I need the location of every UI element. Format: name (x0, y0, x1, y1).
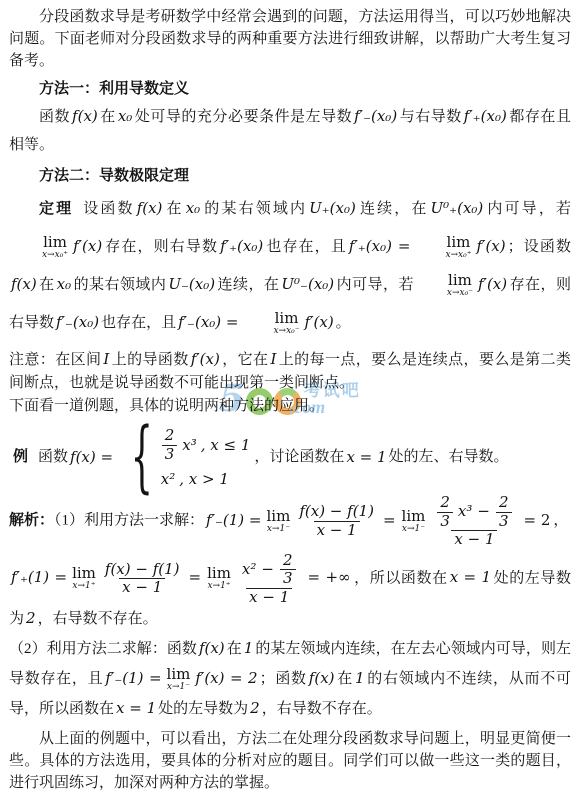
lim-subscript: x→1⁻ (167, 683, 190, 692)
math-f-prime-equals-2: f′(x) = 2 (195, 669, 257, 687)
note-paragraph: 注意：在区间I上的导函数f′(x)，它在I上的每一点，要么是连续点，要么是第二类… (9, 348, 571, 395)
math-1: 1 (244, 639, 254, 657)
equals-sign: = (189, 568, 202, 586)
text: 在 (227, 641, 242, 657)
case-condition-1: , x ≤ 1 (201, 438, 251, 453)
text: 函数 (38, 450, 68, 465)
math-right-derivative: f′₊(x₀) (220, 237, 263, 255)
math-x0: x₀ (57, 275, 71, 293)
denominator: x − 1 (314, 521, 360, 539)
theorem-label: 定理 (39, 201, 73, 217)
fraction-two-thirds: 23 (437, 494, 453, 530)
text: 内可导，若 (336, 277, 414, 293)
cases-rows: 23 x³ , x ≤ 1 x² , x > 1 (159, 427, 253, 487)
text: 注意：在区间 (9, 352, 101, 368)
text: 在 (100, 109, 116, 125)
math-interval-I: I (103, 350, 109, 368)
math-1: 1 (355, 669, 365, 687)
math-f-of-x: f(x) (309, 669, 335, 687)
lim-subscript: x→x₀⁻ (417, 289, 473, 298)
difference-quotient-fraction: f(x) − f(1)x − 1 (296, 503, 377, 539)
math-f-of-x: f(x) (72, 107, 98, 125)
math-left-derivative-equals: f′₋(x₀) = (178, 313, 238, 331)
text: （1）利用方法一求解： (54, 513, 204, 529)
text: 设函数 (83, 201, 134, 217)
text: 在 (164, 201, 183, 217)
text: 连续，在 (358, 201, 429, 217)
solution-paragraph-1: 解析：（1）利用方法一求解：f′₋(1) =limx→1⁻f(x) − f(1)… (9, 494, 571, 548)
lim-word: lim (245, 311, 299, 326)
text: 连续，在 (217, 277, 279, 293)
numerator: 2 (437, 494, 453, 511)
numerator: 2 (280, 552, 296, 569)
method1-heading: 方法一：利用导数定义 (39, 79, 571, 99)
math-x-equals-1: x = 1 (116, 699, 156, 717)
conclusion-paragraph: 从上面的例题中，可以看出，方法二在处理分段函数求导问题上，明显更简便一些。具体的… (9, 728, 571, 794)
math-f-of-x-equals: f(x) = (70, 450, 113, 465)
math-2: 2 (26, 609, 36, 627)
fraction-two-thirds: 23 (280, 552, 296, 588)
math-right-derivative: f′₊(x₀) (464, 107, 507, 125)
math-left-derivative-at-1-equals: f′₋(1) = (105, 669, 161, 687)
text: ；函数 (260, 671, 307, 687)
text: 存在，则右导数 (104, 239, 218, 255)
text: 也存在，且 (101, 315, 176, 331)
numerator: x²−23 (237, 552, 302, 588)
math-punctured-left-neighborhood: U⁰₋(x₀) (281, 275, 334, 293)
lim-subscript: x→x₀⁺ (415, 251, 471, 260)
limit-block: limx→x₀⁻ (417, 273, 473, 298)
lim-word: lim (207, 566, 231, 581)
math-right-derivative-equals: f′₊(x₀) = (349, 237, 411, 255)
text: 。 (336, 315, 351, 331)
math-f-of-x: f(x) (137, 199, 163, 217)
solution-paragraph-3: （2）利用方法二求解：函数f(x)在1的某左领域内连续，在左去心领域内可导，则左… (9, 634, 571, 724)
text: 在 (39, 277, 55, 293)
theorem-paragraph: 定理设函数f(x)在x₀的某右领域内U₊(x₀)连续，在U⁰₊(x₀)内可导，若… (9, 190, 571, 342)
numerator: f(x) − f(1) (296, 503, 377, 520)
method1-statement: 函数f(x)在x₀处可导的充分必要条件是左导数f′₋(x₀)与右导数f′₊(x₀… (9, 102, 571, 159)
lim-word: lim (13, 235, 67, 250)
intro-text: 分段函数求导是考研数学中经常会遇到的问题，方法运用得当，可以巧妙地解决问题。下面… (9, 9, 571, 69)
text: ， (553, 513, 568, 529)
lim-subscript: x→1⁺ (72, 582, 95, 591)
limit-block: limx→1⁻ (402, 509, 426, 534)
denominator: x − 1 (119, 578, 165, 596)
lim-subscript: x→1⁻ (402, 525, 425, 534)
numerator: 2 (496, 494, 512, 511)
math-f-of-x: f(x) (11, 275, 37, 293)
text: 的某右领域内 (202, 201, 307, 217)
evaluated-fraction: x²−23x − 1 (237, 552, 302, 606)
math-x0: x₀ (118, 107, 132, 125)
math-f-of-x: f(x) (199, 639, 225, 657)
limit-block: limx→x₀⁺ (415, 235, 471, 260)
document-body: 分段函数求导是考研数学中经常会遇到的问题，方法运用得当，可以巧妙地解决问题。下面… (0, 0, 580, 794)
lim-word: lim (417, 235, 471, 250)
math-x-squared: x² (242, 561, 256, 578)
math-punctured-right-neighborhood: U⁰₊(x₀) (431, 199, 484, 217)
text: ，讨论函数在 (254, 450, 344, 465)
text: 内可导，若 (485, 201, 571, 217)
text: ，所以函数在 (354, 570, 448, 586)
math-left-derivative-at-1-equals: f′₋(1) = (206, 511, 261, 529)
equals-2: = 2 (524, 511, 551, 529)
math-interval-I: I (270, 350, 276, 368)
math-x-equals-1: x = 1 (346, 450, 386, 465)
text: 处的左、右导数。 (389, 450, 509, 465)
math-f-prime-x: f′(x) (191, 350, 220, 368)
math-x-equals-1: x = 1 (450, 568, 491, 586)
denominator: x − 1 (451, 530, 497, 548)
lim-word: lim (167, 667, 191, 682)
text: 在 (337, 671, 353, 687)
case-row-2: x² , x > 1 (159, 472, 253, 487)
denominator: 3 (496, 512, 512, 530)
limit-block: limx→1⁺ (72, 566, 96, 591)
math-2: 2 (250, 699, 260, 717)
lim-word: lim (267, 509, 291, 524)
limit-block: limx→x₀⁻ (243, 311, 299, 336)
lim-subscript: x→1⁻ (267, 525, 290, 534)
math-f-prime-x: f′(x) (477, 237, 506, 255)
lim-word: lim (418, 273, 472, 288)
lim-word: lim (72, 566, 96, 581)
math-left-derivative: f′₋(x₀) (56, 313, 99, 331)
denominator: x − 1 (246, 588, 292, 606)
method2-heading: 方法二：导数极限定理 (39, 166, 571, 186)
case-row-1: 23 x³ , x ≤ 1 (159, 427, 253, 463)
text: 与右导数 (399, 109, 462, 125)
denominator: 3 (280, 569, 296, 587)
solution-label: 解析： (9, 513, 54, 529)
text: ，它在 (222, 352, 269, 368)
numerator: 2 (162, 427, 178, 444)
denominator: 3 (437, 512, 453, 530)
numerator: 23x³−23 (431, 494, 517, 530)
lim-subscript: x→x₀⁻ (243, 327, 299, 336)
solution-paragraph-2: f′₊(1) =limx→1⁺f(x) − f(1)x − 1=limx→1⁺x… (9, 552, 571, 632)
numerator: f(x) − f(1) (102, 561, 183, 578)
text: 处的左导数为 (158, 701, 248, 717)
left-brace-icon: { (131, 424, 153, 490)
text: ；设函数 (508, 239, 571, 255)
text: 的某右领域内 (73, 277, 166, 293)
math-right-derivative-at-1-equals: f′₊(1) = (11, 568, 67, 586)
text: 也存在，且 (265, 239, 347, 255)
lead-in-paragraph: 下面看一道例题，具体的说明两种方法的应用。 (9, 395, 571, 418)
lim-subscript: x→x₀⁺ (12, 251, 68, 260)
text: 上的导函数 (111, 352, 188, 368)
text: 函数 (39, 109, 70, 125)
math-x0: x₀ (186, 199, 200, 217)
evaluated-fraction: 23x³−23x − 1 (431, 494, 517, 548)
math-left-derivative: f′₋(x₀) (354, 107, 397, 125)
equals-plus-infinity: = +∞ (308, 568, 351, 586)
lim-word: lim (402, 509, 426, 524)
text: 处可导的充分必要条件是左导数 (134, 109, 352, 125)
math-f-prime-x: f′(x) (73, 237, 102, 255)
math-left-neighborhood: U₋(x₀) (168, 275, 215, 293)
math-f-prime-x: f′(x) (478, 275, 507, 293)
example-label: 例 (13, 450, 28, 465)
intro-paragraph: 分段函数求导是考研数学中经常会遇到的问题，方法运用得当，可以巧妙地解决问题。下面… (9, 6, 571, 72)
lim-subscript: x→1⁺ (207, 582, 230, 591)
limit-block: limx→1⁻ (267, 509, 291, 534)
piecewise-function: { 23 x³ , x ≤ 1 x² , x > 1 (117, 424, 252, 490)
minus-sign: − (477, 503, 490, 520)
math-x-squared: x² (161, 472, 175, 487)
text: ，右导数不存在。 (38, 611, 158, 627)
limit-block: limx→x₀⁺ (12, 235, 68, 260)
fraction-two-thirds: 23 (496, 494, 512, 530)
difference-quotient-fraction: f(x) − f(1)x − 1 (102, 561, 183, 597)
denominator: 3 (162, 445, 178, 463)
example-paragraph: 例 函数 f(x) = { 23 x³ , x ≤ 1 x² , x > 1 ，… (13, 424, 571, 490)
text: ，右导数不存在。 (262, 701, 382, 717)
case-condition-2: , x > 1 (179, 472, 229, 487)
minus-sign: − (261, 561, 274, 578)
limit-block: limx→1⁺ (207, 566, 231, 591)
math-right-neighborhood: U₊(x₀) (309, 199, 356, 217)
limit-block: limx→1⁻ (167, 667, 191, 692)
fraction-two-thirds: 23 (162, 427, 178, 463)
equals-sign: = (383, 511, 396, 529)
math-f-prime-x: f′(x) (305, 313, 334, 331)
math-x-cubed: x³ (182, 438, 196, 453)
text: （2）利用方法二求解：函数 (9, 641, 197, 657)
math-x-cubed: x³ (458, 503, 472, 520)
